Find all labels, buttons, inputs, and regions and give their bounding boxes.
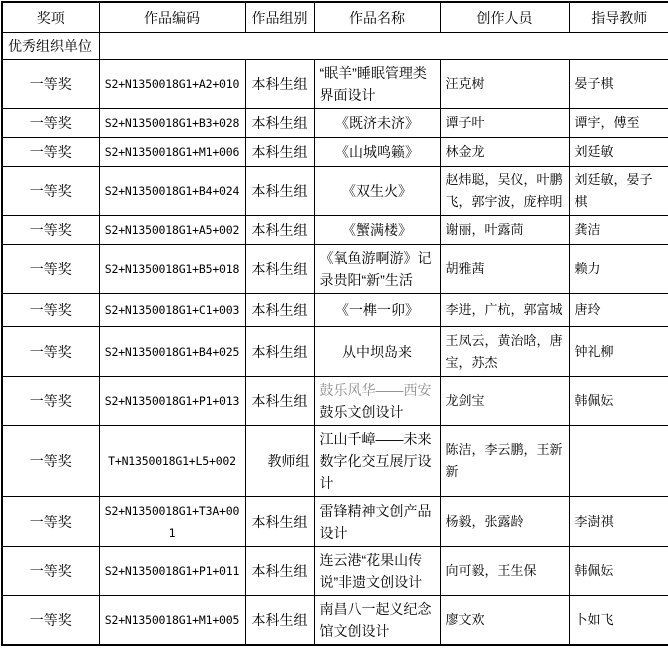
award-cell: 一等奖 (2, 497, 99, 547)
title-cell: 鼓乐风华——西安鼓乐文创设计 (314, 377, 440, 426)
title-cell: 江山千嶂——未来数字化交互展厅设计 (314, 426, 440, 497)
group-cell: 本科生组 (245, 60, 314, 109)
title-cell: 《蟹满楼》 (314, 216, 440, 245)
header-award: 奖项 (2, 2, 99, 33)
title-muted-segment: 鼓乐风华——西安 (320, 382, 432, 398)
teachers-cell: 晏子棋 (569, 60, 668, 109)
creators-cell: 王凤云，黄治晗，唐宝，苏杰 (440, 327, 569, 377)
section-row: 优秀组织单位 (2, 33, 668, 60)
award-cell: 一等奖 (2, 327, 99, 377)
creators-cell: 胡雅茜 (440, 245, 569, 294)
creators-cell: 向可毅，王生保 (440, 547, 569, 596)
table-row: 一等奖S2+N1350018G1+C1+003本科生组《一榫一卯》李进，广杭，郭… (2, 294, 668, 327)
table-row: 一等奖S2+N1350018G1+B4+024本科生组《双生火》赵炜聪，吴仪，叶… (2, 167, 668, 216)
group-cell: 本科生组 (245, 596, 314, 646)
teachers-cell: 韩佩妘 (569, 547, 668, 596)
awards-table: 奖项 作品编码 作品组别 作品名称 创作人员 指导教师 优秀组织单位 一等奖S2… (1, 1, 668, 646)
award-cell: 一等奖 (2, 216, 99, 245)
code-cell: S2+N1350018G1+P1+013 (99, 377, 245, 426)
creators-cell: 谭子叶 (440, 109, 569, 138)
code-cell: S2+N1350018G1+B4+024 (99, 167, 245, 216)
award-cell: 一等奖 (2, 109, 99, 138)
title-cell: 从中坝岛来 (314, 327, 440, 377)
table-header: 奖项 作品编码 作品组别 作品名称 创作人员 指导教师 (2, 2, 668, 33)
table-row: 一等奖T+N1350018G1+L5+002教师组江山千嶂——未来数字化交互展厅… (2, 426, 668, 497)
awards-tbody: 优秀组织单位 一等奖S2+N1350018G1+A2+010本科生组“眠羊”睡眠… (2, 33, 668, 646)
group-cell: 本科生组 (245, 216, 314, 245)
table-row: 一等奖S2+N1350018G1+B4+025本科生组从中坝岛来王凤云，黄治晗，… (2, 327, 668, 377)
table-row: 一等奖S2+N1350018G1+A2+010本科生组“眠羊”睡眠管理类界面设计… (2, 60, 668, 109)
code-cell: S2+N1350018G1+M1+006 (99, 138, 245, 167)
section-empty-cell (99, 33, 668, 60)
header-group: 作品组别 (245, 2, 314, 33)
section-label: 优秀组织单位 (2, 33, 99, 60)
creators-cell: 龙剑宝 (440, 377, 569, 426)
group-cell: 本科生组 (245, 109, 314, 138)
table-row: 一等奖S2+N1350018G1+P1+011本科生组连云港“花果山传说”非遗文… (2, 547, 668, 596)
group-cell: 本科生组 (245, 245, 314, 294)
teachers-cell: 韩佩妘 (569, 377, 668, 426)
teachers-cell: 刘廷敏 (569, 138, 668, 167)
title-cell: 《山城鸣籁》 (314, 138, 440, 167)
code-cell: S2+N1350018G1+M1+005 (99, 596, 245, 646)
group-cell: 本科生组 (245, 294, 314, 327)
teachers-cell: 刘廷敏，晏子棋 (569, 167, 668, 216)
teachers-cell: 唐玲 (569, 294, 668, 327)
creators-cell: 汪克树 (440, 60, 569, 109)
award-cell: 一等奖 (2, 294, 99, 327)
header-teachers: 指导教师 (569, 2, 668, 33)
teachers-cell: 钟礼柳 (569, 327, 668, 377)
code-cell: S2+N1350018G1+P1+011 (99, 547, 245, 596)
creators-cell: 陈洁，李云鹏，王新新 (440, 426, 569, 497)
title-cell: “眠羊”睡眠管理类界面设计 (314, 60, 440, 109)
creators-cell: 赵炜聪，吴仪，叶鹏飞，郭宇波，庞梓明 (440, 167, 569, 216)
code-cell: S2+N1350018G1+B5+018 (99, 245, 245, 294)
award-cell: 一等奖 (2, 377, 99, 426)
group-cell: 教师组 (245, 426, 314, 497)
award-cell: 一等奖 (2, 245, 99, 294)
code-cell: T+N1350018G1+L5+002 (99, 426, 245, 497)
title-cell: 雷锋精神文创产品设计 (314, 497, 440, 547)
teachers-cell (569, 426, 668, 497)
header-code: 作品编码 (99, 2, 245, 33)
header-creators: 创作人员 (440, 2, 569, 33)
code-cell: S2+N1350018G1+T3A+001 (99, 497, 245, 547)
group-cell: 本科生组 (245, 377, 314, 426)
code-cell: S2+N1350018G1+B4+025 (99, 327, 245, 377)
code-cell: S2+N1350018G1+B3+028 (99, 109, 245, 138)
award-cell: 一等奖 (2, 60, 99, 109)
header-title: 作品名称 (314, 2, 440, 33)
creators-cell: 李进，广杭，郭富城 (440, 294, 569, 327)
title-cell: 《氧鱼游啊游》记录贵阳“新”生活 (314, 245, 440, 294)
title-cell: 《既济未济》 (314, 109, 440, 138)
teachers-cell: 赖力 (569, 245, 668, 294)
group-cell: 本科生组 (245, 497, 314, 547)
teachers-cell: 谭宇，傅至 (569, 109, 668, 138)
table-row: 一等奖S2+N1350018G1+M1+005本科生组南昌八一起义纪念馆文创设计… (2, 596, 668, 646)
award-cell: 一等奖 (2, 596, 99, 646)
teachers-cell: 李澍祺 (569, 497, 668, 547)
award-cell: 一等奖 (2, 547, 99, 596)
table-row: 一等奖S2+N1350018G1+T3A+001本科生组雷锋精神文创产品设计杨毅… (2, 497, 668, 547)
award-cell: 一等奖 (2, 426, 99, 497)
table-row: 一等奖S2+N1350018G1+P1+013本科生组鼓乐风华——西安鼓乐文创设… (2, 377, 668, 426)
award-cell: 一等奖 (2, 167, 99, 216)
creators-cell: 廖文欢 (440, 596, 569, 646)
table-row: 一等奖S2+N1350018G1+B5+018本科生组《氧鱼游啊游》记录贵阳“新… (2, 245, 668, 294)
title-segment: 鼓乐文创设计 (320, 404, 404, 420)
group-cell: 本科生组 (245, 327, 314, 377)
code-cell: S2+N1350018G1+A5+002 (99, 216, 245, 245)
group-cell: 本科生组 (245, 167, 314, 216)
group-cell: 本科生组 (245, 138, 314, 167)
code-cell: S2+N1350018G1+A2+010 (99, 60, 245, 109)
creators-cell: 谢丽，叶露茼 (440, 216, 569, 245)
title-cell: 《双生火》 (314, 167, 440, 216)
teachers-cell: 卜如飞 (569, 596, 668, 646)
header-row: 奖项 作品编码 作品组别 作品名称 创作人员 指导教师 (2, 2, 668, 33)
award-cell: 一等奖 (2, 138, 99, 167)
creators-cell: 林金龙 (440, 138, 569, 167)
table-row: 一等奖S2+N1350018G1+B3+028本科生组《既济未济》谭子叶谭宇，傅… (2, 109, 668, 138)
code-cell: S2+N1350018G1+C1+003 (99, 294, 245, 327)
table-row: 一等奖S2+N1350018G1+M1+006本科生组《山城鸣籁》林金龙刘廷敏 (2, 138, 668, 167)
creators-cell: 杨毅，张露龄 (440, 497, 569, 547)
title-cell: 南昌八一起义纪念馆文创设计 (314, 596, 440, 646)
teachers-cell: 龚洁 (569, 216, 668, 245)
group-cell: 本科生组 (245, 547, 314, 596)
title-cell: 连云港“花果山传说”非遗文创设计 (314, 547, 440, 596)
title-cell: 《一榫一卯》 (314, 294, 440, 327)
table-row: 一等奖S2+N1350018G1+A5+002本科生组《蟹满楼》谢丽，叶露茼龚洁 (2, 216, 668, 245)
